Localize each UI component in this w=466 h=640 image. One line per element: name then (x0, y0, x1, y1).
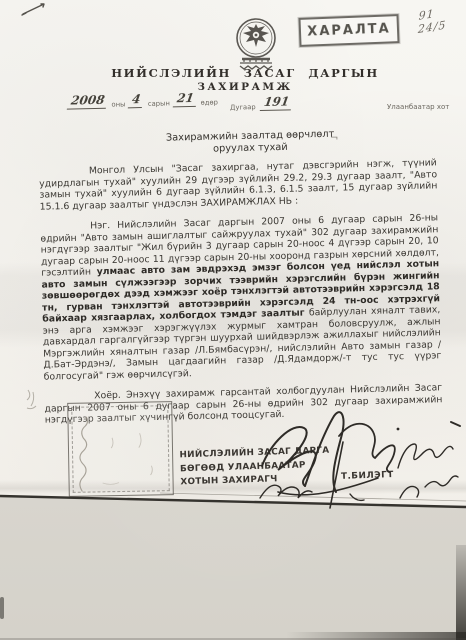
date-line: 2008 оны 4 сарын 21 өдөр (68, 90, 218, 109)
control-stamp-text: ХАРАЛТА (307, 21, 391, 39)
scanner-edge-notch-left (0, 597, 4, 619)
document-body: Захирамжийн заалтад өөрчлөлт оруулах тух… (38, 126, 443, 435)
number-label: Дугаар (230, 103, 256, 112)
handwritten-month: 4 (128, 92, 145, 108)
city-label: Улаанбаатар хот (387, 103, 449, 111)
registration-stamp-box (67, 401, 174, 497)
year-label: оны (111, 100, 125, 108)
handwritten-day: 21 (173, 91, 198, 108)
state-emblem-icon (228, 14, 284, 74)
letterhead-organization: НИЙСЛЭЛИЙН ЗАСАГ ДАРГЫН (24, 66, 466, 80)
handwriting-squiggle-icon (70, 406, 175, 500)
handwritten-number: 191 (259, 94, 293, 111)
month-label: сарын (148, 99, 170, 107)
letterhead-document-type: ЗАХИРАМЖ (24, 81, 466, 93)
clause-one-paragraph: Нэг. Нийслэлийн Засаг даргын 2007 оны 6 … (40, 212, 442, 382)
pen-mark-icon (20, 2, 48, 18)
preamble-paragraph: Монгол Улсын "Засаг захиргаа, нутаг дэвс… (39, 157, 438, 212)
letterhead: НИЙСЛЭЛИЙН ЗАСАГ ДАРГЫН ЗАХИРАМЖ (0, 66, 466, 93)
margin-scribble-icon (24, 388, 40, 414)
handwritten-year: 2008 (67, 93, 109, 110)
scanned-document-page: ХАРАЛТА 91 24/5 НИЙСЛЭЛИЙН ЗАСАГ ДАРГЫН … (0, 0, 466, 640)
scanner-edge-shadow-right (456, 545, 466, 640)
number-line: Дугаар 191 (230, 94, 292, 111)
signature-flourish (248, 402, 466, 514)
day-label: өдөр (200, 98, 218, 106)
control-stamp: ХАРАЛТА (298, 14, 399, 47)
